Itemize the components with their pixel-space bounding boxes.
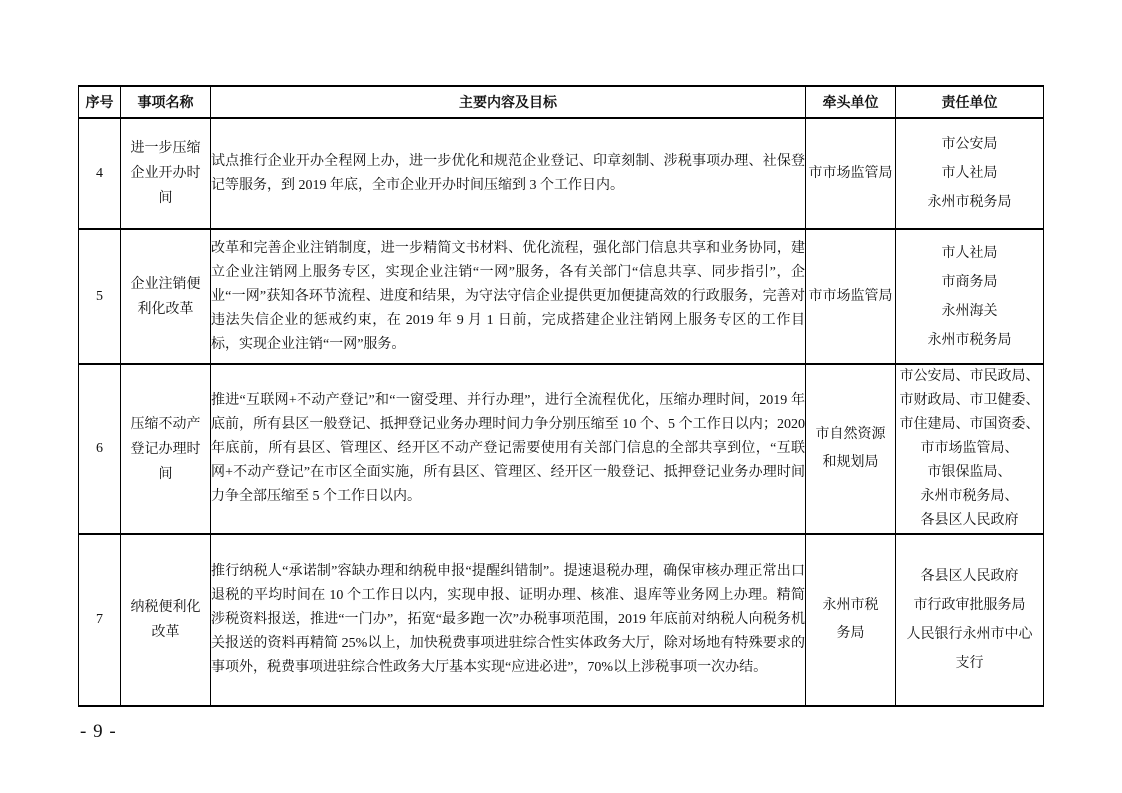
table-header-row: 序号 事项名称 主要内容及目标 牵头单位 责任单位 [79, 86, 1044, 118]
serial-cell: 5 [79, 229, 121, 364]
content-cell: 改革和完善企业注销制度，进一步精简文书材料、优化流程，强化部门信息共享和业务协同… [211, 229, 806, 364]
content-cell: 试点推行企业开办全程网上办，进一步优化和规范企业登记、印章刻制、涉税事项办理、社… [211, 118, 806, 229]
reform-tasks-table: 序号 事项名称 主要内容及目标 牵头单位 责任单位 4 进一步压缩 企业开办时 … [78, 85, 1044, 707]
content-cell: 推行纳税人“承诺制”容缺办理和纳税申报“提醒纠错制”。提速退税办理，确保审核办理… [211, 534, 806, 706]
responsible-unit-cell: 各县区人民政府 市行政审批服务局 人民银行永州市中心 支行 [896, 534, 1044, 706]
content-cell: 推进“互联网+不动产登记”和“一窗受理、并行办理”，进行全流程优化，压缩办理时间… [211, 364, 806, 534]
column-header-content: 主要内容及目标 [211, 86, 806, 118]
responsible-unit-cell: 市公安局 市人社局 永州市税务局 [896, 118, 1044, 229]
item-name-cell: 纳税便利化 改革 [121, 534, 211, 706]
table-row: 5 企业注销便 利化改革 改革和完善企业注销制度，进一步精简文书材料、优化流程，… [79, 229, 1044, 364]
serial-cell: 6 [79, 364, 121, 534]
column-header-lead-unit: 牵头单位 [806, 86, 896, 118]
table-row: 7 纳税便利化 改革 推行纳税人“承诺制”容缺办理和纳税申报“提醒纠错制”。提速… [79, 534, 1044, 706]
item-name-cell: 企业注销便 利化改革 [121, 229, 211, 364]
lead-unit-cell: 永州市税 务局 [806, 534, 896, 706]
table-row: 6 压缩不动产 登记办理时 间 推进“互联网+不动产登记”和“一窗受理、并行办理… [79, 364, 1044, 534]
table-row: 4 进一步压缩 企业开办时 间 试点推行企业开办全程网上办，进一步优化和规范企业… [79, 118, 1044, 229]
column-header-serial: 序号 [79, 86, 121, 118]
responsible-unit-cell: 市公安局、市民政局、 市财政局、市卫健委、 市住建局、市国资委、 市市场监管局、… [896, 364, 1044, 534]
item-name-cell: 压缩不动产 登记办理时 间 [121, 364, 211, 534]
column-header-responsible-unit: 责任单位 [896, 86, 1044, 118]
lead-unit-cell: 市市场监管局 [806, 118, 896, 229]
document-page: 序号 事项名称 主要内容及目标 牵头单位 责任单位 4 进一步压缩 企业开办时 … [0, 0, 1122, 793]
lead-unit-cell: 市自然资源 和规划局 [806, 364, 896, 534]
serial-cell: 7 [79, 534, 121, 706]
serial-cell: 4 [79, 118, 121, 229]
item-name-cell: 进一步压缩 企业开办时 间 [121, 118, 211, 229]
page-number: - 9 - [80, 721, 117, 743]
responsible-unit-cell: 市人社局 市商务局 永州海关 永州市税务局 [896, 229, 1044, 364]
column-header-item-name: 事项名称 [121, 86, 211, 118]
lead-unit-cell: 市市场监管局 [806, 229, 896, 364]
